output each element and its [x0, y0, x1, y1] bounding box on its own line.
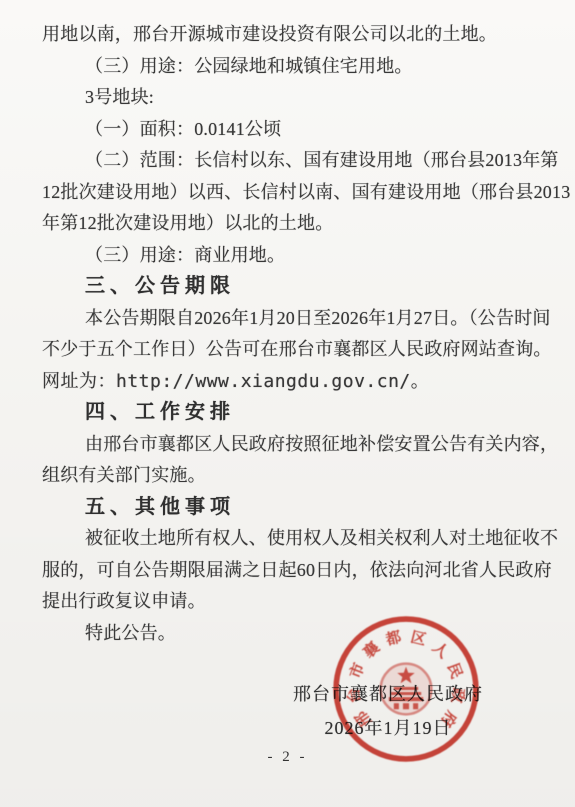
body-line: 3号地块:: [42, 82, 541, 114]
body-line: （二）范围：长信村以东、国有建设用地（邢台县2013年第: [42, 145, 541, 177]
body-line: （三）用途：公园绿地和城镇住宅用地。: [42, 51, 541, 83]
body-line: 年第12批次建设用地）以北的土地。: [42, 208, 541, 240]
body-line: 不少于五个工作日）公告可在邢台市襄都区人民政府网站查询。: [42, 334, 541, 366]
body-line: 本公告期限自2026年1月20日至2026年1月27日。（公告时间: [42, 303, 541, 335]
national-emblem-icon: [381, 664, 432, 715]
svg-text:府: 府: [437, 708, 460, 731]
body-line: （三）用途：商业用地。: [42, 240, 541, 272]
svg-text:台: 台: [344, 687, 364, 704]
svg-text:市: 市: [346, 660, 368, 681]
section-heading: 三、公告期限: [42, 271, 541, 303]
svg-text:襄: 襄: [360, 638, 384, 662]
body-line: 用地以南，邢台开源城市建设投资有限公司以北的土地。: [42, 19, 541, 51]
official-seal: 邢台市襄都区人民政府: [330, 613, 482, 765]
document-page: 用地以南，邢台开源城市建设投资有限公司以北的土地。 （三）用途：公园绿地和城镇住…: [0, 0, 575, 807]
svg-text:区: 区: [409, 629, 428, 649]
svg-text:民: 民: [444, 661, 465, 681]
body-line: 由邢台市襄都区人民政府按照征地补偿安置公告有关内容，: [42, 429, 541, 461]
svg-text:邢: 邢: [352, 707, 375, 730]
body-line: （一）面积：0.0141公顷: [42, 114, 541, 146]
svg-text:人: 人: [429, 639, 452, 662]
section-heading: 五、其他事项: [42, 492, 541, 524]
body-line: 被征收土地所有权人、使用权人及相关权利人对土地征收不: [42, 523, 541, 555]
body-line: 12批次建设用地）以西、长信村以南、国有建设用地（邢台县2013: [42, 177, 541, 209]
body-line: 组织有关部门实施。: [42, 460, 541, 492]
website-url-line: 网址为：http://www.xiangdu.gov.cn/。: [42, 366, 541, 398]
page-number: - 2 -: [0, 749, 575, 766]
document-body: 用地以南，邢台开源城市建设投资有限公司以北的土地。 （三）用途：公园绿地和城镇住…: [42, 19, 541, 649]
section-heading: 四、工作安排: [42, 397, 541, 429]
svg-text:都: 都: [383, 629, 404, 650]
body-line: 服的，可自公告期限届满之日起60日内，依法向河北省人民政府: [42, 555, 541, 587]
svg-text:政: 政: [448, 687, 468, 705]
